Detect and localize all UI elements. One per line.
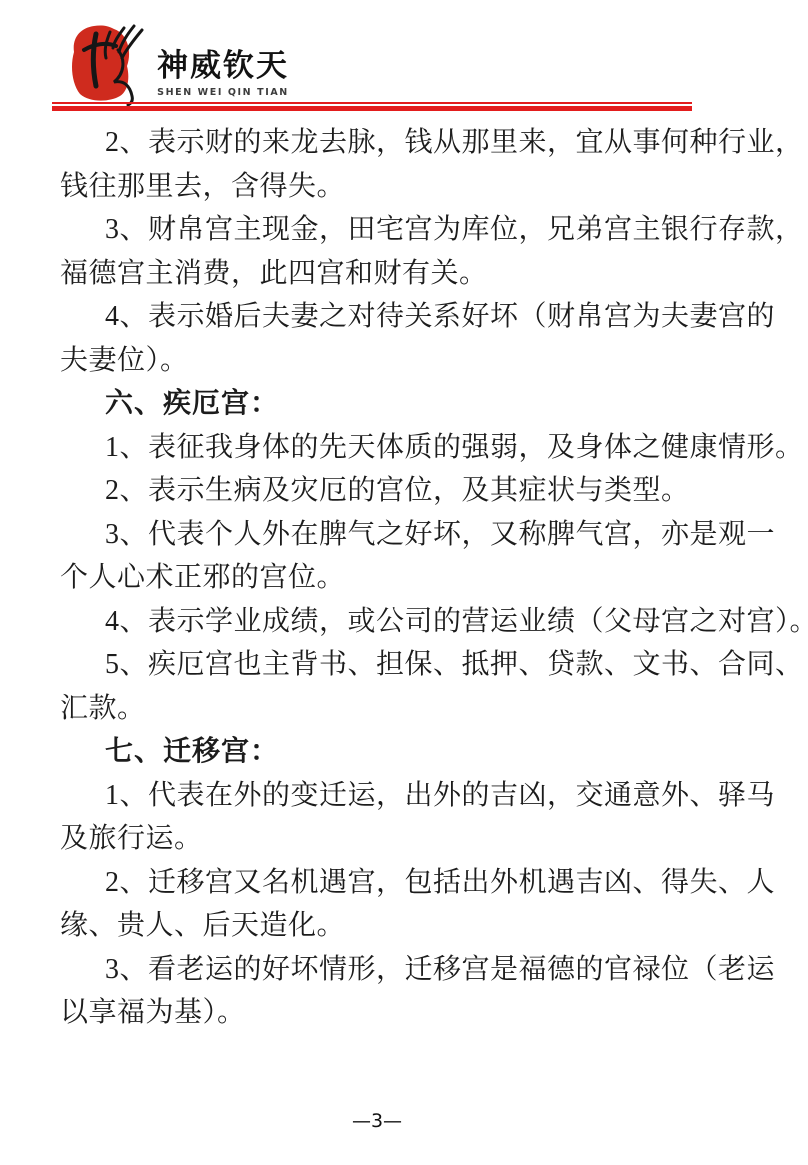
text-line: 2、迁移宫又名机遇宫，包括出外机遇吉凶、得失、人	[60, 861, 694, 905]
logo-subtitle: SHEN WEI QIN TIAN	[128, 87, 318, 98]
text-line: 及旅行运。	[60, 817, 694, 861]
text-line: 钱往那里去，含得失。	[60, 165, 694, 209]
text-line: 3、财帛宫主现金，田宅宫为库位，兄弟宫主银行存款，	[60, 208, 694, 252]
logo-title: 神威钦天	[128, 40, 318, 85]
text-line: 福德宫主消费，此四宫和财有关。	[60, 252, 694, 296]
text-line: 1、代表在外的变迁运，出外的吉凶，交通意外、驿马	[60, 774, 694, 818]
header-rule	[52, 102, 692, 111]
text-line: 汇款。	[60, 687, 694, 731]
text-line: 夫妻位）。	[60, 339, 694, 383]
text-line: 以享福为基）。	[60, 991, 694, 1035]
text-line: 3、代表个人外在脾气之好坏，又称脾气宫，亦是观一	[60, 513, 694, 557]
text-line: 4、表示婚后夫妻之对待关系好坏（财帛宫为夫妻宫的	[60, 295, 694, 339]
section-heading: 七、迁移宫：	[60, 730, 694, 774]
text-line: 个人心术正邪的宫位。	[60, 556, 694, 600]
text-line: 3、看老运的好坏情形，迁移宫是福德的官禄位（老运	[60, 948, 694, 992]
page-number: —3—	[60, 1110, 694, 1132]
logo: 神威钦天 SHEN WEI QIN TIAN	[66, 16, 326, 104]
header-rule-thick-line	[52, 106, 692, 111]
document-page: 神威钦天 SHEN WEI QIN TIAN 2、表示财的来龙去脉，钱从那里来，…	[0, 0, 808, 1165]
text-line: 1、表征我身体的先天体质的强弱，及身体之健康情形。	[60, 426, 694, 470]
logo-text: 神威钦天 SHEN WEI QIN TIAN	[128, 40, 318, 98]
text-line: 2、表示财的来龙去脉，钱从那里来，宜从事何种行业，	[60, 121, 694, 165]
document-body: 2、表示财的来龙去脉，钱从那里来，宜从事何种行业， 钱往那里去，含得失。 3、财…	[60, 121, 694, 1035]
text-line: 2、表示生病及灾厄的宫位，及其症状与类型。	[60, 469, 694, 513]
text-line: 4、表示学业成绩，或公司的营运业绩（父母宫之对宫）。	[60, 600, 694, 644]
section-heading: 六、疾厄宫：	[60, 382, 694, 426]
text-line: 缘、贵人、后天造化。	[60, 904, 694, 948]
text-line: 5、疾厄宫也主背书、担保、抵押、贷款、文书、合同、	[60, 643, 694, 687]
